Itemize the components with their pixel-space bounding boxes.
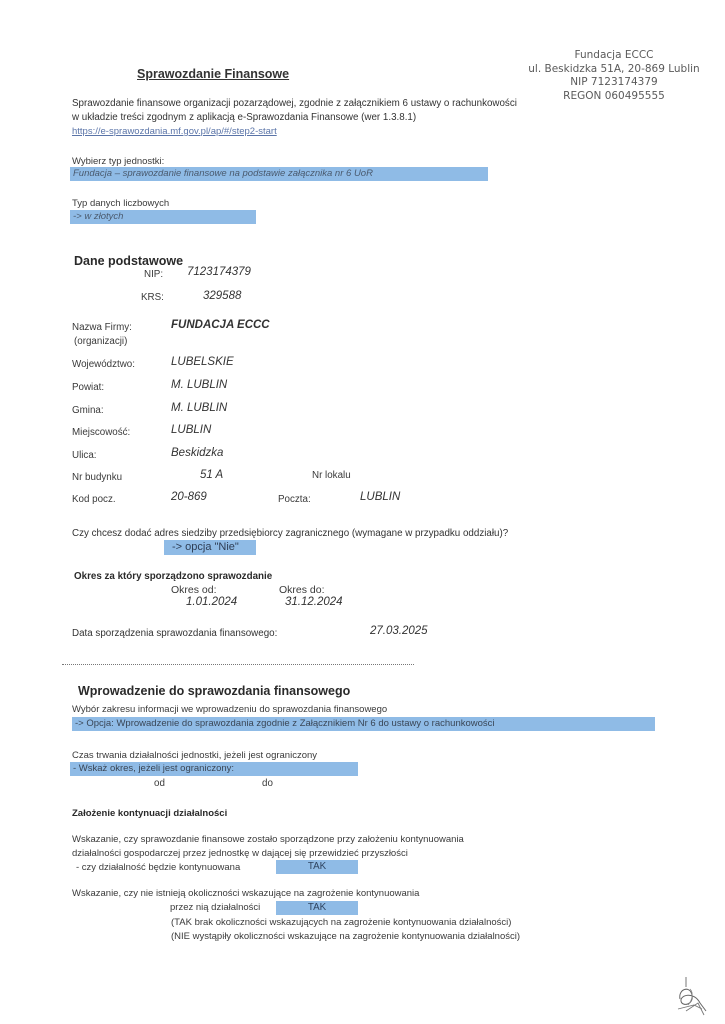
field-value-gmina: M. LUBLIN [171,402,227,414]
section-separator [62,664,414,665]
unit-type-label: Wybierz typ jednostki: [72,156,164,167]
postal-code-label: Kod pocz. [72,494,116,505]
org-header: Fundacja ECCC ul. Beskidzka 51A, 20-869 … [514,49,714,103]
intro-line-2: w układzie treści zgodnym z aplikacją e-… [72,112,416,123]
foreign-address-question: Czy chcesz dodać adres siedziby przedsię… [72,528,508,539]
period-to-label: Okres do: [279,584,325,596]
company-name-label: Nazwa Firmy: [72,322,132,333]
duration-to-label: do [262,778,273,789]
number-type-label: Typ danych liczbowych [72,198,169,209]
introduction-heading: Wprowadzenie do sprawozdania finansowego [78,684,350,698]
intro-line-1: Sprawozdanie finansowe organizacji pozar… [72,98,517,109]
continuity-q2-line-2: przez nią działalności [170,902,260,913]
report-date-label: Data sporządzenia sprawozdania finansowe… [72,628,277,639]
introduction-scope-field[interactable]: -> Opcja: Wprowadzenie do sprawozdania z… [72,717,655,731]
unit-type-field[interactable]: Fundacja – sprawozdanie finansowe na pod… [70,167,488,181]
postal-code-value: 20-869 [171,491,207,503]
post-office-label: Poczta: [278,494,311,505]
field-label-miejscowosc: Miejscowość: [72,427,130,438]
foreign-address-answer[interactable]: -> opcja "Nie" [164,540,256,555]
nip-value: 7123174379 [187,266,251,278]
introduction-scope-label: Wybór zakresu informacji we wprowadzeniu… [72,704,387,715]
field-value-miejscowosc: LUBLIN [171,424,211,436]
krs-label: KRS: [141,292,164,303]
apartment-number-label: Nr lokalu [312,470,351,481]
e-sprawozdania-link[interactable]: https://e-sprawozdania.mf.gov.pl/ap/#/st… [72,126,277,137]
company-name-sublabel: (organizacji) [74,336,127,347]
continuity-note-nie: (NIE wystąpiły okoliczności wskazujące n… [171,931,520,942]
page-title: Sprawozdanie Finansowe [137,67,289,81]
org-address: ul. Beskidzka 51A, 20-869 Lublin [514,63,714,77]
period-from-label: Okres od: [171,584,217,596]
report-date-value: 27.03.2025 [370,625,428,637]
nip-label: NIP: [144,269,163,280]
continuity-q1-line-1: Wskazanie, czy sprawozdanie finansowe zo… [72,834,464,845]
continuity-note-tak: (TAK brak okoliczności wskazujących na z… [171,917,511,928]
org-name: Fundacja ECCC [514,49,714,63]
field-label-gmina: Gmina: [72,405,104,416]
continuity-q1-answer[interactable]: TAK [276,860,358,874]
field-label-powiat: Powiat: [72,382,104,393]
post-office-value: LUBLIN [360,491,400,503]
building-number-label: Nr budynku [72,472,122,483]
basic-data-heading: Dane podstawowe [74,254,183,268]
building-number-value: 51 A [200,469,223,481]
continuity-q2-line-1: Wskazanie, czy nie istnieją okoliczności… [72,888,419,899]
company-name-value: FUNDACJA ECCC [171,319,270,331]
continuity-heading: Założenie kontynuacji działalności [72,808,227,819]
continuity-q1-line-3: - czy działalność będzie kontynuowana [76,862,240,873]
duration-from-label: od [154,778,165,789]
period-heading: Okres za który sporządzono sprawozdanie [74,571,272,582]
signature-icon [672,975,712,1020]
field-value-wojewodztwo: LUBELSKIE [171,356,234,368]
field-label-wojewodztwo: Województwo: [72,359,135,370]
field-value-ulica: Beskidzka [171,447,223,459]
period-to-value: 31.12.2024 [285,596,343,608]
duration-field[interactable]: - Wskaż okres, jeżeli jest ograniczony: [70,762,358,776]
continuity-q2-answer[interactable]: TAK [276,901,358,915]
org-nip: NIP 7123174379 [514,76,714,90]
field-label-ulica: Ulica: [72,450,97,461]
period-from-value: 1.01.2024 [186,596,237,608]
field-value-powiat: M. LUBLIN [171,379,227,391]
org-regon: REGON 060495555 [514,90,714,104]
number-type-field[interactable]: -> w złotych [70,210,256,224]
duration-label: Czas trwania działalności jednostki, jeż… [72,750,317,761]
krs-value: 329588 [203,290,241,302]
continuity-q1-line-2: działalności gospodarczej przez jednostk… [72,848,408,859]
